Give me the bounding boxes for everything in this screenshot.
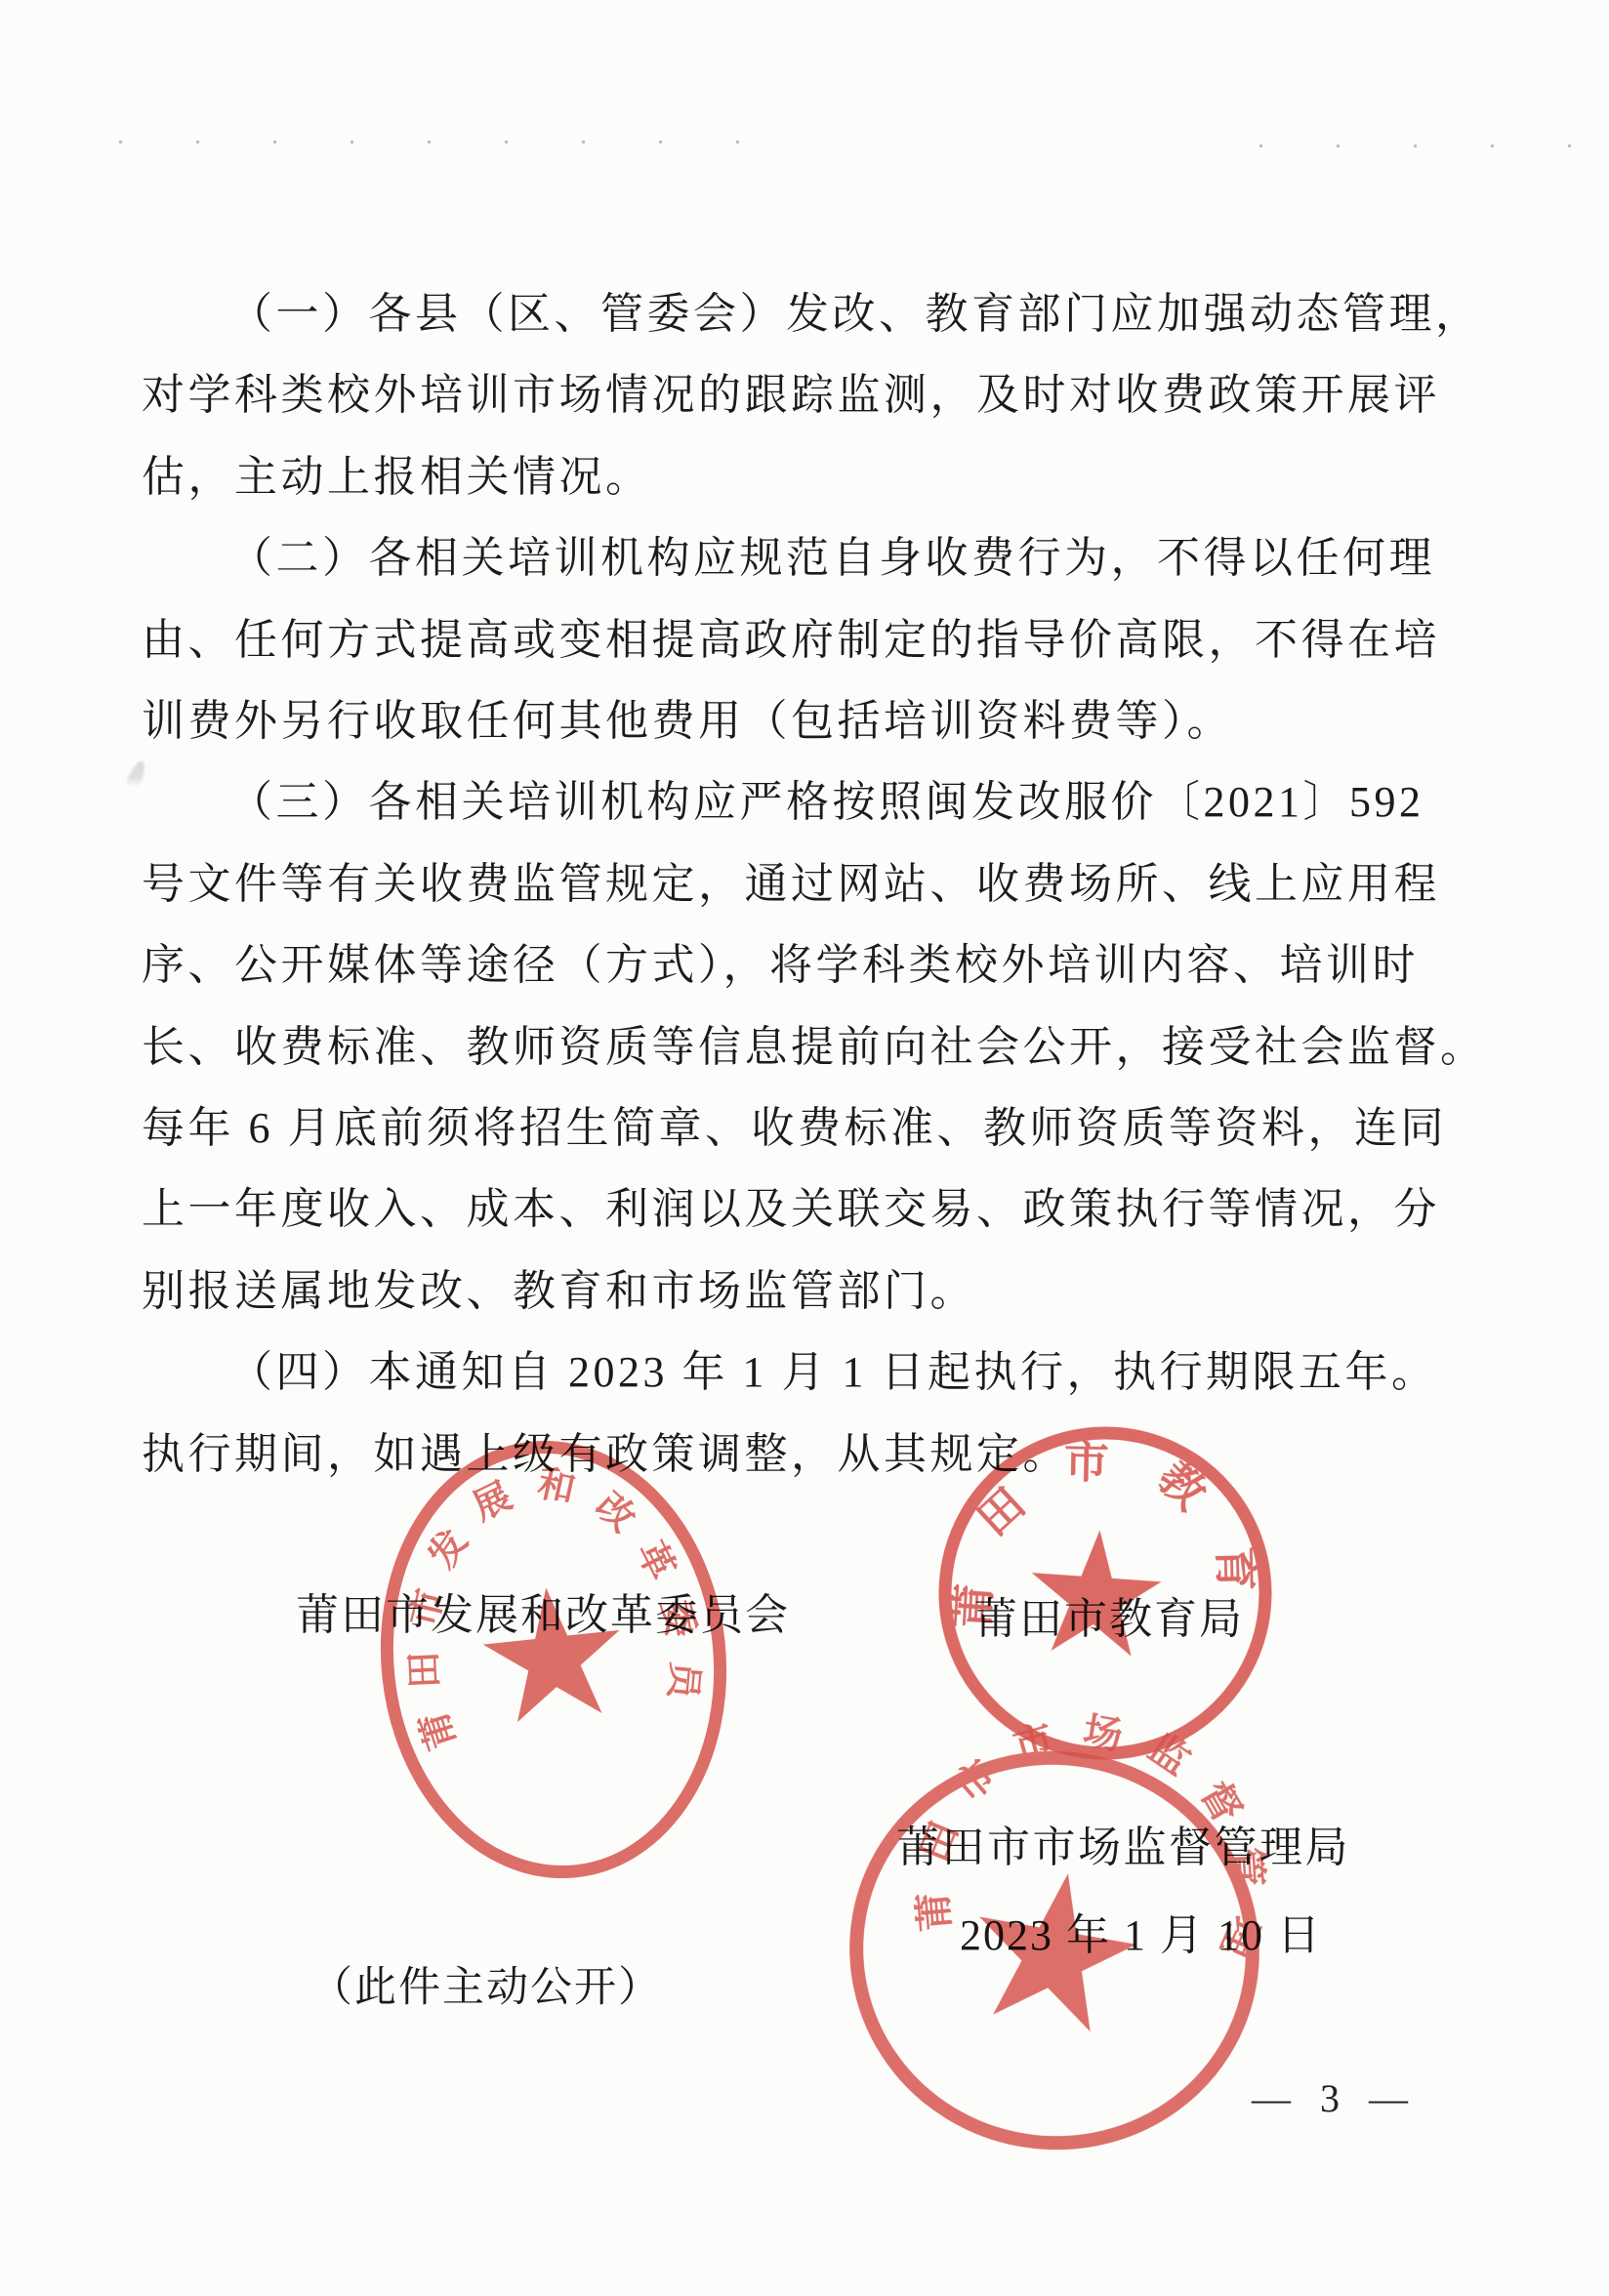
paragraph-1-line: 对学科类校外培训市场情况的跟踪监测，及时对收费政策开展评 — [142, 354, 1481, 435]
page-number: — 3 — — [1252, 2075, 1418, 2121]
document-body: （一）各县（区、管委会）发改、教育部门应加强动态管理， 对学科类校外培训市场情况… — [142, 273, 1481, 1495]
scan-artifact-dots-left — [119, 141, 783, 143]
scan-artifact-dots-right — [1259, 144, 1582, 147]
paragraph-3-line: 长、收费标准、教师资质等信息提前向社会公开，接受社会监督。 — [142, 1006, 1481, 1087]
paragraph-3-line: 每年 6 月底前须将招生简章、收费标准、教师资质等资料，连同 — [142, 1087, 1481, 1168]
paragraph-3-line: 序、公开媒体等途径（方式），将学科类校外培训内容、培训时 — [142, 924, 1481, 1005]
paragraph-3-line: 号文件等有关收费监管规定，通过网站、收费场所、线上应用程 — [142, 843, 1481, 924]
signature-development-reform-commission: 莆田市发展和改革委员会 — [296, 1579, 790, 1642]
signature-market-regulation-bureau: 莆田市市场监督管理局 — [896, 1812, 1350, 1874]
paragraph-2-line: 由、任何方式提高或变相提高政府制定的指导价高限，不得在培 — [142, 599, 1481, 680]
paragraph-2-line: 训费外另行收取任何其他费用（包括培训资料费等）。 — [142, 680, 1481, 761]
signature-date: 2023 年 1 月 10 日 — [960, 1900, 1322, 1962]
disclosure-note: （此件主动公开） — [310, 1954, 662, 2014]
paragraph-3-line: （三）各相关培训机构应严格按照闽发改服价〔2021〕592 — [142, 761, 1481, 842]
paragraph-3-line: 上一年度收入、成本、利润以及关联交易、政策执行等情况，分 — [142, 1168, 1481, 1250]
document-page: （一）各县（区、管委会）发改、教育部门应加强动态管理， 对学科类校外培训市场情况… — [0, 0, 1609, 2296]
paragraph-1-line: （一）各县（区、管委会）发改、教育部门应加强动态管理， — [142, 273, 1481, 354]
paragraph-3-line: 别报送属地发改、教育和市场监管部门。 — [142, 1250, 1481, 1332]
signature-education-bureau: 莆田市教育局 — [974, 1583, 1244, 1646]
paragraph-4-line: 执行期间，如遇上级有政策调整，从其规定。 — [142, 1414, 1481, 1495]
paragraph-4-line: （四）本通知自 2023 年 1 月 1 日起执行，执行期限五年。 — [142, 1332, 1481, 1413]
paragraph-2-line: （二）各相关培训机构应规范自身收费行为，不得以任何理 — [142, 517, 1481, 598]
paragraph-1-line: 估，主动上报相关情况。 — [142, 436, 1481, 517]
